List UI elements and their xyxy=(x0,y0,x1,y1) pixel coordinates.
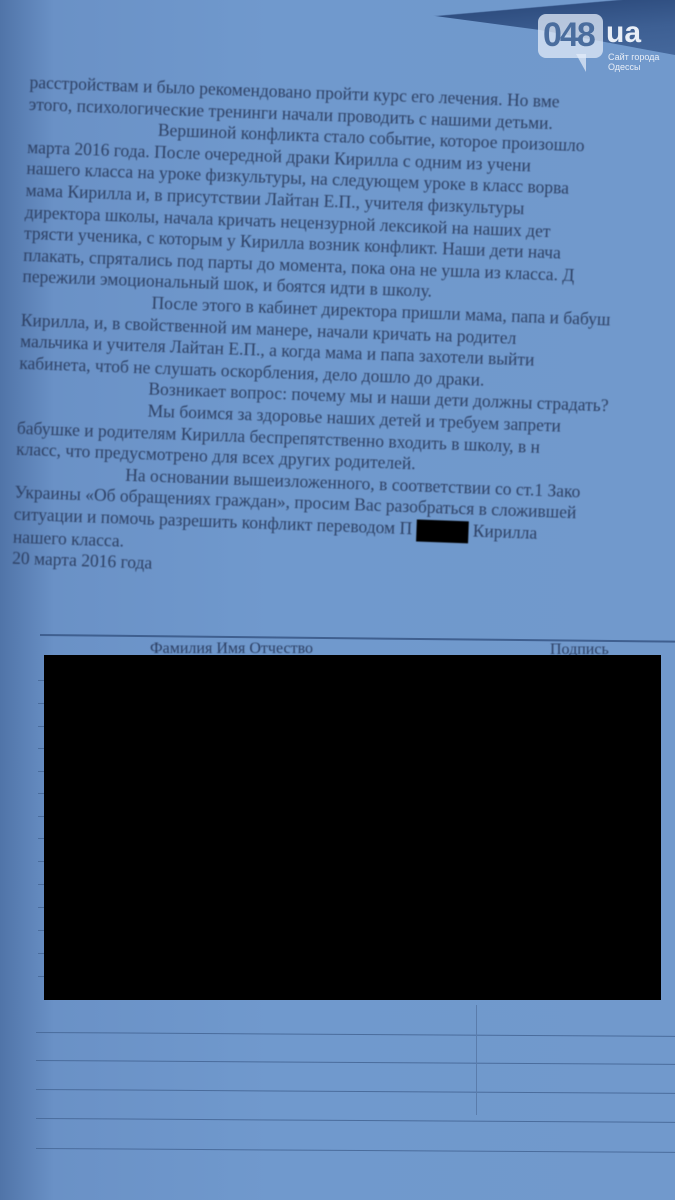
table-row-line xyxy=(36,1118,675,1123)
speech-bubble-tail-icon xyxy=(576,54,586,72)
table-row-line xyxy=(36,1032,675,1037)
logo-number: 048 xyxy=(543,16,594,55)
logo-subtitle-line: Сайт города xyxy=(608,52,659,62)
table-row-line xyxy=(36,1060,675,1065)
table-column-divider xyxy=(476,1005,477,1115)
letter-body: расстройствам и было рекомендовано пройт… xyxy=(12,72,675,595)
redacted-signatures-block xyxy=(44,655,661,1000)
redaction-box xyxy=(416,519,469,543)
text-fragment: Кирилла xyxy=(473,520,538,542)
logo-domain: ua xyxy=(606,16,641,50)
watermark-logo: 048 ua Сайт города Одессы xyxy=(538,14,663,80)
table-row-line xyxy=(36,1089,675,1094)
logo-subtitle: Сайт города Одессы xyxy=(608,52,659,72)
document-page: расстройствам и было рекомендовано пройт… xyxy=(0,0,675,1200)
table-row-line xyxy=(36,1148,675,1153)
logo-subtitle-line: Одессы xyxy=(608,62,659,72)
